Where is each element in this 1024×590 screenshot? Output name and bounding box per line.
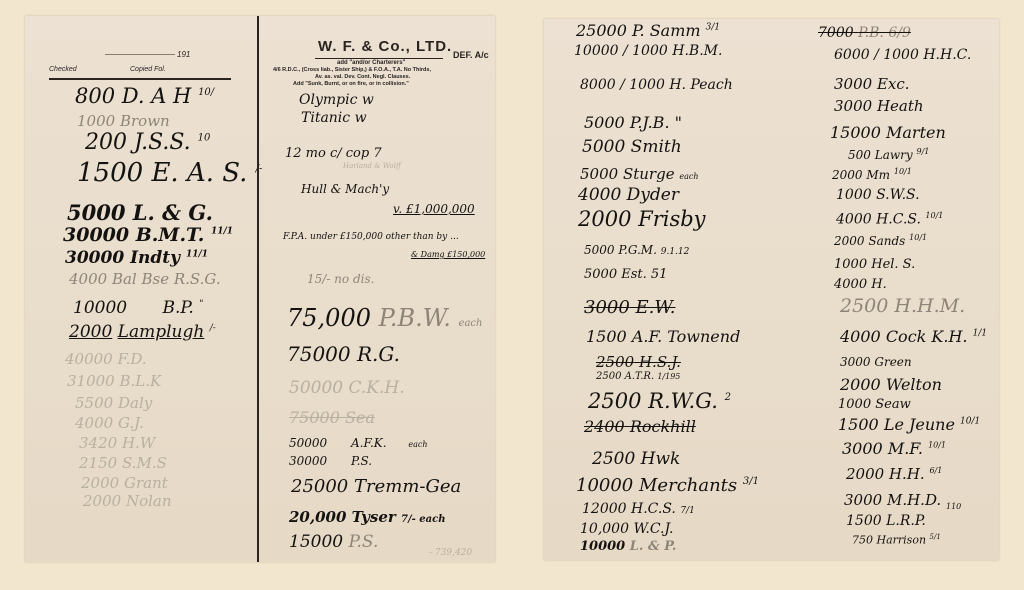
company-name: W. F. & Co., LTD.: [318, 38, 452, 55]
line-entry: 30000 B.M.T. 11/1: [63, 224, 233, 246]
line-entry: 10000 Merchants 3/1: [576, 475, 759, 496]
date-rule: [105, 54, 175, 55]
date-suffix: 191: [177, 50, 190, 59]
line-entry: 3000 Exc.: [834, 75, 910, 93]
line-entry: 4000 H.: [834, 277, 887, 292]
line-entry: 4000 Dyder: [578, 185, 679, 205]
slip-clause: Av. as. val. Dev. Cont. Negl. Clauses.: [315, 74, 410, 80]
line-entry: 5000 P.G.M. 9.1.12: [584, 243, 689, 257]
line-entry: 3000 Heath: [834, 97, 924, 115]
line-entry: 2000 Frisby: [578, 207, 706, 231]
header-rule: [49, 78, 231, 80]
line-entry: 10000 / 1000 H.B.M.: [574, 43, 722, 59]
line-entry: 500 Lawry 9/1: [848, 147, 929, 162]
line-entry: 2000 Welton: [840, 375, 942, 394]
line-entry: 1000 Seaw: [838, 397, 911, 412]
line-entry: 2500 Hwk: [592, 449, 680, 469]
line-entry: 6000 / 1000 H.H.C.: [834, 47, 971, 63]
line-entry: 2500 H.S.J.: [596, 353, 681, 371]
fpa-value: & Damg £150,000: [411, 250, 485, 259]
vessel-name: Olympic w: [299, 92, 374, 108]
line-entry: 3420 H.W: [79, 434, 155, 452]
account-label: DEF. A/c: [453, 50, 489, 60]
company-rule: [315, 58, 443, 59]
line-entry: 200 J.S.S. 10: [85, 130, 210, 155]
checked-label: Checked: [49, 66, 77, 73]
line-entry: 5000 Est. 51: [584, 267, 667, 282]
line-entry: 1000 S.W.S.: [836, 187, 920, 203]
right-slip-page: 25000 P. Samm 3/1 10000 / 1000 H.B.M. 80…: [544, 19, 999, 560]
line-entry: 1500 E. A. S. /-: [77, 158, 262, 188]
valuation-label: Hull & Mach'y: [301, 182, 389, 196]
line-entry: 1500 L.R.P.: [846, 513, 926, 529]
slip-line: 75000 R.G.: [287, 342, 400, 366]
slip-line: 20,000 Tyser 7/- each: [289, 508, 445, 526]
valuation-value: v. £1,000,000: [393, 202, 475, 216]
line-entry: 1000 Brown: [77, 112, 170, 130]
line-entry: 2150 S.M.S: [79, 454, 167, 472]
line-entry: 31000 B.L.K: [67, 372, 161, 390]
line-entry: 7000 P.B. 6/9: [818, 25, 911, 41]
line-entry: 2500 A.T.R. 1/195: [596, 371, 680, 382]
line-entry: 5000 P.J.B. ": [584, 113, 682, 132]
period-note: Harland & Wolff: [343, 162, 401, 170]
line-entry: 30000 Indty 11/1: [65, 248, 208, 268]
line-entry: 15000 Marten: [830, 123, 946, 142]
line-entry: 800 D. A H 10/: [75, 84, 214, 108]
slip-line: 15000 P.S.: [289, 532, 378, 552]
line-entry: 2500 R.W.G. 2: [588, 389, 731, 413]
line-entry: 5000 L. & G.: [67, 200, 213, 225]
line-entry: 1000 Hel. S.: [834, 257, 915, 272]
line-entry: 40000 F.D.: [65, 350, 147, 368]
total-stamp: - 739,420: [429, 548, 472, 558]
line-entry: 4000 G.J.: [75, 414, 144, 432]
slip-line: 50000 C.K.H.: [289, 378, 405, 398]
slip-clause: 4/6 R.D.C., (Cross liab., Sister Ship,) …: [273, 67, 431, 73]
line-entry: 1500 A.F. Townend: [586, 327, 740, 346]
slip-line: 75,000 P.B.W. each: [287, 304, 482, 332]
line-entry: 12000 H.C.S. 7/1: [582, 501, 695, 517]
left-slip-page: 191 Checked Copied Fol. 800 D. A H 10/ 1…: [25, 16, 495, 562]
line-entry: 10,000 W.C.J.: [580, 521, 673, 537]
line-entry: 25000 P. Samm 3/1: [576, 21, 720, 40]
slip-divider: [257, 16, 259, 562]
line-entry: 2000 Mm 10/1: [832, 167, 912, 182]
vessel-name: Titanic w: [301, 110, 367, 126]
copied-label: Copied Fol.: [130, 66, 166, 73]
line-entry: 4000 Cock K.H. 1/1: [840, 327, 987, 346]
line-entry: 2000 Sands 10/1: [834, 233, 927, 248]
line-entry: 3000 M.H.D. 110: [844, 491, 961, 511]
line-entry: 2000 Grant: [81, 474, 168, 492]
policy-period: 12 mo c/ cop 7: [285, 146, 382, 161]
line-entry: 5000 Smith: [582, 137, 682, 157]
slip-line: 75000 Sea: [289, 408, 375, 427]
line-entry: 4000 Bal Bse R.S.G.: [69, 270, 221, 288]
line-entry: 5500 Daly: [75, 394, 152, 412]
line-entry: 10000 L. & P.: [580, 539, 676, 554]
line-entry: 3000 Green: [840, 355, 912, 369]
fpa-line: F.P.A. under £150,000 other than by ...: [283, 232, 459, 242]
slip-line: 50000 A.F.K. each: [289, 436, 428, 450]
slip-clause: add "and/or Charterers": [337, 60, 405, 66]
line-entry: 2000 H.H. 6/1: [846, 465, 942, 483]
line-entry: 2500 H.H.M.: [840, 295, 965, 317]
line-entry: 2000 Lamplugh /-: [69, 322, 216, 342]
line-entry: 1500 Le Jeune 10/1: [838, 415, 980, 434]
slip-line: 30000 P.S.: [289, 454, 372, 468]
premium-rate: 15/- no dis.: [307, 272, 374, 286]
line-entry: 3000 M.F. 10/1: [842, 439, 946, 458]
line-entry: 4000 H.C.S. 10/1: [836, 211, 943, 228]
slip-clause: Add "Sunk, Burnt, or on fire, or in coll…: [293, 81, 409, 87]
line-entry: 3000 E.W.: [584, 297, 675, 318]
slip-line: 25000 Tremm-Gea: [291, 476, 461, 497]
line-entry: 750 Harrison 5/1: [852, 533, 941, 547]
line-entry: 2400 Rockhill: [584, 417, 696, 436]
line-entry: 2000 Nolan: [83, 492, 172, 510]
line-entry: 8000 / 1000 H. Peach: [580, 77, 733, 93]
line-entry: 5000 Sturge each: [580, 165, 699, 183]
line-entry: 10000 B.P. ": [73, 298, 203, 318]
